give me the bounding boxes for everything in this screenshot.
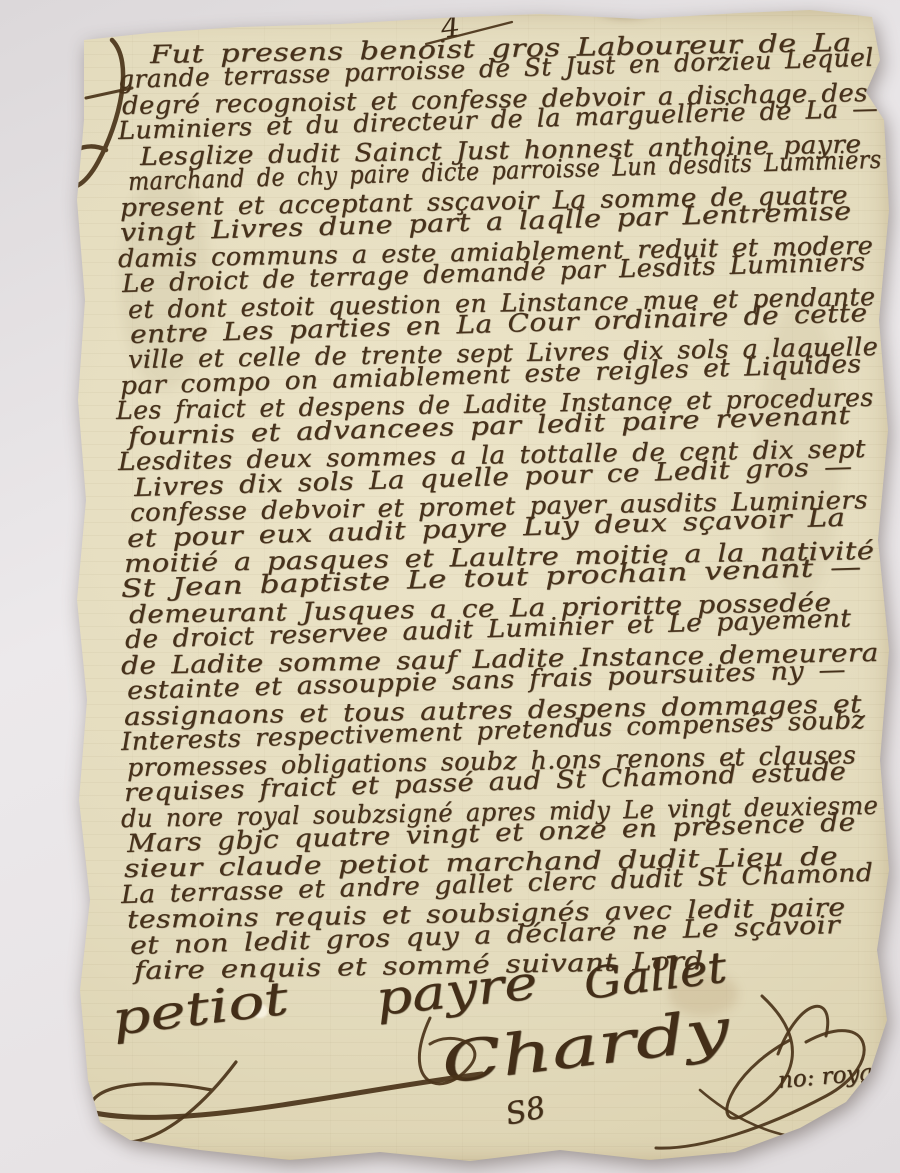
- photo-background: 4 Fut presens benoist gros Laboureur de …: [0, 0, 900, 1173]
- chardy-paraph-3: [790, 1126, 861, 1164]
- paper-shadow: 4 Fut presens benoist gros Laboureur de …: [0, 0, 900, 1173]
- manuscript-page: 4 Fut presens benoist gros Laboureur de …: [0, 0, 900, 1173]
- ink-stain: [598, 0, 654, 16]
- royal-title-flourish: [862, 1078, 879, 1102]
